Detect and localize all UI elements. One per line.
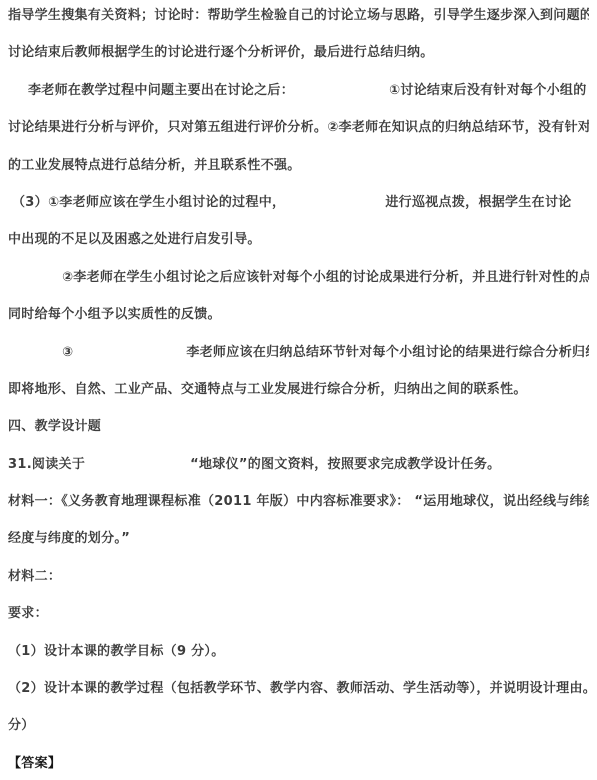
text-line: 李老师在教学过程中问题主要出在讨论之后：①讨论结束后没有针对每个小组的 — [8, 72, 589, 109]
text-segment: ③ — [62, 334, 73, 371]
text-line: 分） — [8, 707, 589, 744]
text-line: 材料一：《义务教育地理课程标准（2011 年版）中内容标准要求》： “运用地球仪… — [8, 483, 589, 520]
text-segment: 四、教学设计题 — [8, 408, 101, 445]
text-segment: 进行巡视点拨，根据学生在讨论 — [385, 184, 571, 221]
text-line: （1）设计本课的教学目标（9 分）。 — [8, 633, 589, 670]
text-segment: （2）设计本课的教学过程（包括教学环节、教学内容、教师活动、学生活动等），并说明… — [8, 670, 589, 707]
text-segment: 李老师在教学过程中问题主要出在讨论之后： — [28, 72, 294, 109]
text-segment: 【答案】 — [8, 745, 61, 780]
text-segment: 经度与纬度的划分。” — [8, 520, 130, 557]
text-segment: 中出现的不足以及困惑之处进行启发引导。 — [8, 221, 261, 258]
text-segment: （3）①李老师应该在学生小组讨论的过程中， — [12, 184, 285, 221]
text-segment: 李老师应该在归纳总结环节针对每个小组讨论的结果进行综合分析归纳， — [186, 334, 589, 371]
text-segment: 31.阅读关于 — [8, 446, 85, 483]
text-segment: 同时给每个小组予以实质性的反馈。 — [8, 296, 221, 333]
text-line: 材料二： — [8, 558, 589, 595]
text-segment: （1）设计本课的教学目标（9 分）。 — [8, 633, 225, 670]
text-line: 经度与纬度的划分。” — [8, 520, 589, 557]
text-line: 要求： — [8, 595, 589, 632]
text-line: ②李老师在学生小组讨论之后应该针对每个小组的讨论成果进行分析，并且进行针对性的点… — [8, 259, 589, 296]
text-line: 四、教学设计题 — [8, 408, 589, 445]
document-page: 指导学生搜集有关资料；讨论时：帮助学生检验自己的讨论立场与思路，引导学生逐步深入… — [0, 0, 597, 780]
text-line: ③李老师应该在归纳总结环节针对每个小组讨论的结果进行综合分析归纳， — [8, 334, 589, 371]
text-segment: 即将地形、自然、工业产品、交通特点与工业发展进行综合分析，归纳出之间的联系性。 — [8, 371, 527, 408]
text-line: 【答案】 — [8, 745, 589, 780]
text-line: 即将地形、自然、工业产品、交通特点与工业发展进行综合分析，归纳出之间的联系性。 — [8, 371, 589, 408]
text-line: 31.阅读关于“地球仪”的图文资料，按照要求完成教学设计任务。 — [8, 446, 589, 483]
text-line: 讨论结果进行分析与评价，只对第五组进行评价分析。②李老师在知识点的归纳总结环节，… — [8, 109, 589, 146]
text-segment: “地球仪”的图文资料，按照要求完成教学设计任务。 — [190, 446, 500, 483]
text-segment: 的工业发展特点进行总结分析，并且联系性不强。 — [8, 147, 301, 184]
text-segment: 分） — [8, 707, 35, 744]
text-line: 指导学生搜集有关资料；讨论时：帮助学生检验自己的讨论立场与思路，引导学生逐步深入… — [8, 0, 589, 34]
text-line: 的工业发展特点进行总结分析，并且联系性不强。 — [8, 147, 589, 184]
document-text: 指导学生搜集有关资料；讨论时：帮助学生检验自己的讨论立场与思路，引导学生逐步深入… — [0, 0, 597, 780]
text-line: （3）①李老师应该在学生小组讨论的过程中，进行巡视点拨，根据学生在讨论 — [8, 184, 589, 221]
text-segment: 讨论结束后教师根据学生的讨论进行逐个分析评价，最后进行总结归纳。 — [8, 34, 434, 71]
text-segment: 要求： — [8, 595, 48, 632]
text-line: 讨论结束后教师根据学生的讨论进行逐个分析评价，最后进行总结归纳。 — [8, 34, 589, 71]
text-line: 中出现的不足以及困惑之处进行启发引导。 — [8, 221, 589, 258]
text-segment: 材料一：《义务教育地理课程标准（2011 年版）中内容标准要求》： “运用地球仪… — [8, 483, 589, 520]
text-segment: 指导学生搜集有关资料；讨论时：帮助学生检验自己的讨论立场与思路，引导学生逐步深入… — [8, 0, 589, 34]
text-line: （2）设计本课的教学过程（包括教学环节、教学内容、教师活动、学生活动等），并说明… — [8, 670, 589, 707]
text-segment: 材料二： — [8, 558, 61, 595]
text-segment: ②李老师在学生小组讨论之后应该针对每个小组的讨论成果进行分析，并且进行针对性的点… — [62, 259, 589, 296]
text-segment: ①讨论结束后没有针对每个小组的 — [389, 72, 587, 109]
text-line: 同时给每个小组予以实质性的反馈。 — [8, 296, 589, 333]
text-segment: 讨论结果进行分析与评价，只对第五组进行评价分析。②李老师在知识点的归纳总结环节，… — [8, 109, 589, 146]
